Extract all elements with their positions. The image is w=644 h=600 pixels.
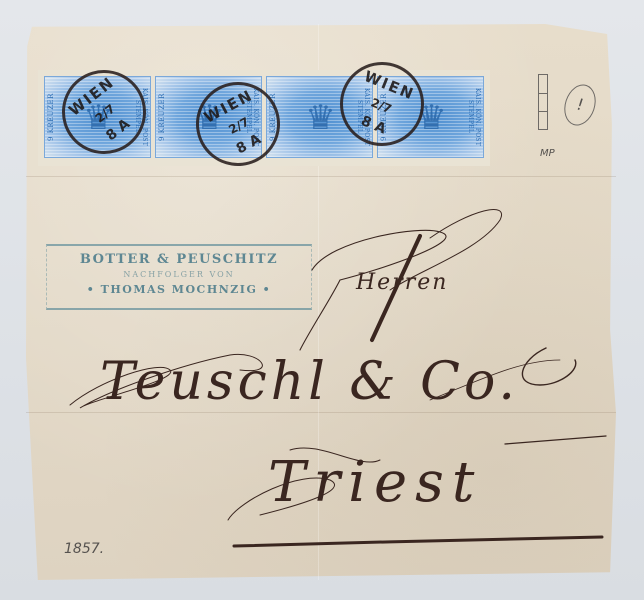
stamp-denomination: 9 KREUZER xyxy=(47,83,57,151)
pencil-grid-mark xyxy=(538,74,548,130)
pencil-initials: MP xyxy=(540,148,555,159)
address-city: Triest xyxy=(268,450,482,515)
sender-handstamp: BOTTER & PEUSCHITZ NACHFOLGER VON • THOM… xyxy=(46,244,312,310)
stamp-denomination: 9 KREUZER xyxy=(158,83,168,151)
pencil-year: 1857. xyxy=(64,541,104,557)
stamp-side-text: KAIS. KÖN. POST STEMPEL xyxy=(471,83,481,151)
sender-name: BOTTER & PEUSCHITZ xyxy=(47,252,311,267)
address-salutation: Herren xyxy=(356,270,448,295)
fold-line xyxy=(26,412,616,413)
sender-predecessor: • THOMAS MOCHNZIG • xyxy=(47,283,311,296)
address-addressee: Teuschl & Co. xyxy=(100,352,519,412)
fold-line xyxy=(26,176,616,177)
sender-subtitle: NACHFOLGER VON xyxy=(47,270,311,279)
